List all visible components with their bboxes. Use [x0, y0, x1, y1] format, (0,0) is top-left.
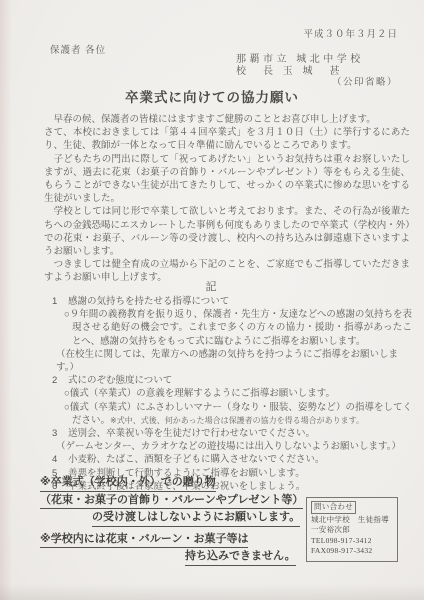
list-item-1-sub1: ○９年間の義務教育を振り返り、保護者・先生方・友達などへの感謝の気持ちを表現させ…	[44, 308, 412, 348]
note-gift-line1: ※卒業式（学校内・外）での贈り物	[40, 474, 340, 492]
body-paragraph-greeting: 早春の候、保護者の皆様にはますますご健勝のこととお喜び申し上げます。	[44, 113, 410, 126]
list-item-3: 3送別会、卒業祝い等を生徒だけで行わせないでください。	[44, 427, 412, 440]
item-number: 2	[52, 374, 68, 387]
contact-person: 一安裕次郎	[311, 525, 393, 536]
note-gift-line2: （花束・お菓子の首飾り・バルーンやプレゼント等）	[40, 492, 340, 510]
section-marker-ki: 記	[0, 278, 424, 294]
document-title: 卒業式に向けての協力願い	[0, 86, 424, 106]
recipient-line: 保護者 各位	[50, 42, 106, 56]
list-item-1: 1感謝の気持ちを持たせる指導について	[44, 295, 412, 308]
scanned-letter-page: 平成３０年３月２日 保護者 各位 那覇市立 城北中学校 校 長 玉 城 甚 （公…	[0, 0, 424, 600]
emphasized-notes: ※卒業式（学校内・外）での贈り物 （花束・お菓子の首飾り・バルーンやプレゼント等…	[40, 474, 340, 566]
contact-fax: FAX098-917-3432	[311, 546, 393, 557]
item-number: 4	[52, 453, 68, 466]
item-heading: 小麦粉、たばこ、酒類を子どもに購入させないでください。	[68, 454, 325, 465]
sender-block: 那覇市立 城北中学校 校 長 玉 城 甚 （公印省略）	[236, 54, 398, 89]
request-list: 1感謝の気持ちを持たせる指導について ○９年間の義務教育を振り返り、保護者・先生…	[44, 295, 412, 493]
list-item-2: 2式にのぞむ態度について	[44, 374, 412, 387]
note-gift-line3: の受け渡しはしないようにお願いします。	[92, 509, 340, 527]
principal-name: 校 長 玉 城 甚	[236, 66, 398, 78]
note-bring-line1: ※学校内には花束・バルーン・お菓子等は	[40, 531, 340, 549]
item-heading: 式にのぞむ態度について	[68, 375, 172, 386]
body-paragraph-policy: 学校としては同じ形で卒業して欲しいと考えております。また、その行為が後輩たちへの…	[44, 205, 410, 258]
item-number: 3	[52, 427, 68, 440]
item-heading: 感謝の気持ちを持たせる指導について	[68, 296, 229, 307]
list-item-2-sub2: ○儀式（卒業式）にふさわしいマナー（身なり・服装、姿勢など）の指導をしてください…	[44, 401, 412, 427]
contact-box: 問い合わせ 城北中学校 生徒指導 一安裕次郎 TEL098-917-3412 F…	[306, 497, 398, 562]
school-name: 那覇市立 城北中学校	[236, 54, 398, 66]
body-paragraph-announcement: さて、本校におきましては「第４４回卒業式」を３月１０日（土）に挙行するにあたり、…	[44, 126, 410, 152]
document-date: 平成３０年３月２日	[303, 26, 398, 40]
list-item-3-sub1: （ゲームセンター、カラオケなどの遊技場には出入りしないようお願いします。）	[44, 440, 412, 453]
list-item-2-sub1: ○儀式（卒業式）の意義を理解するようにご指導お願いします。	[44, 387, 412, 400]
item-number: 1	[52, 295, 68, 308]
letter-body: 早春の候、保護者の皆様にはますますご健勝のこととお喜び申し上げます。 さて、本校…	[44, 113, 410, 285]
list-item-4: 4小麦粉、たばこ、酒類を子どもに購入させないでください。	[44, 453, 412, 466]
body-paragraph-concern: 子どもたちの門出に際して「祝ってあげたい」というお気持ちは重々お察しいたしますが…	[44, 153, 410, 206]
contact-tel: TEL098-917-3412	[311, 536, 393, 547]
contact-school-line: 城北中学校 生徒指導	[311, 515, 393, 526]
contact-label: 問い合わせ	[311, 501, 356, 514]
item-subnote: ※式中、式後、何かあった場合は保護者の協力を得る場合があります。	[110, 416, 364, 425]
item-heading: 送別会、卒業祝い等を生徒だけで行わせないでください。	[68, 428, 315, 439]
list-item-1-sub2: （在校生に関しては、先輩方への感謝の気持ちを持つようにご指導をお願いします。）	[44, 348, 412, 374]
